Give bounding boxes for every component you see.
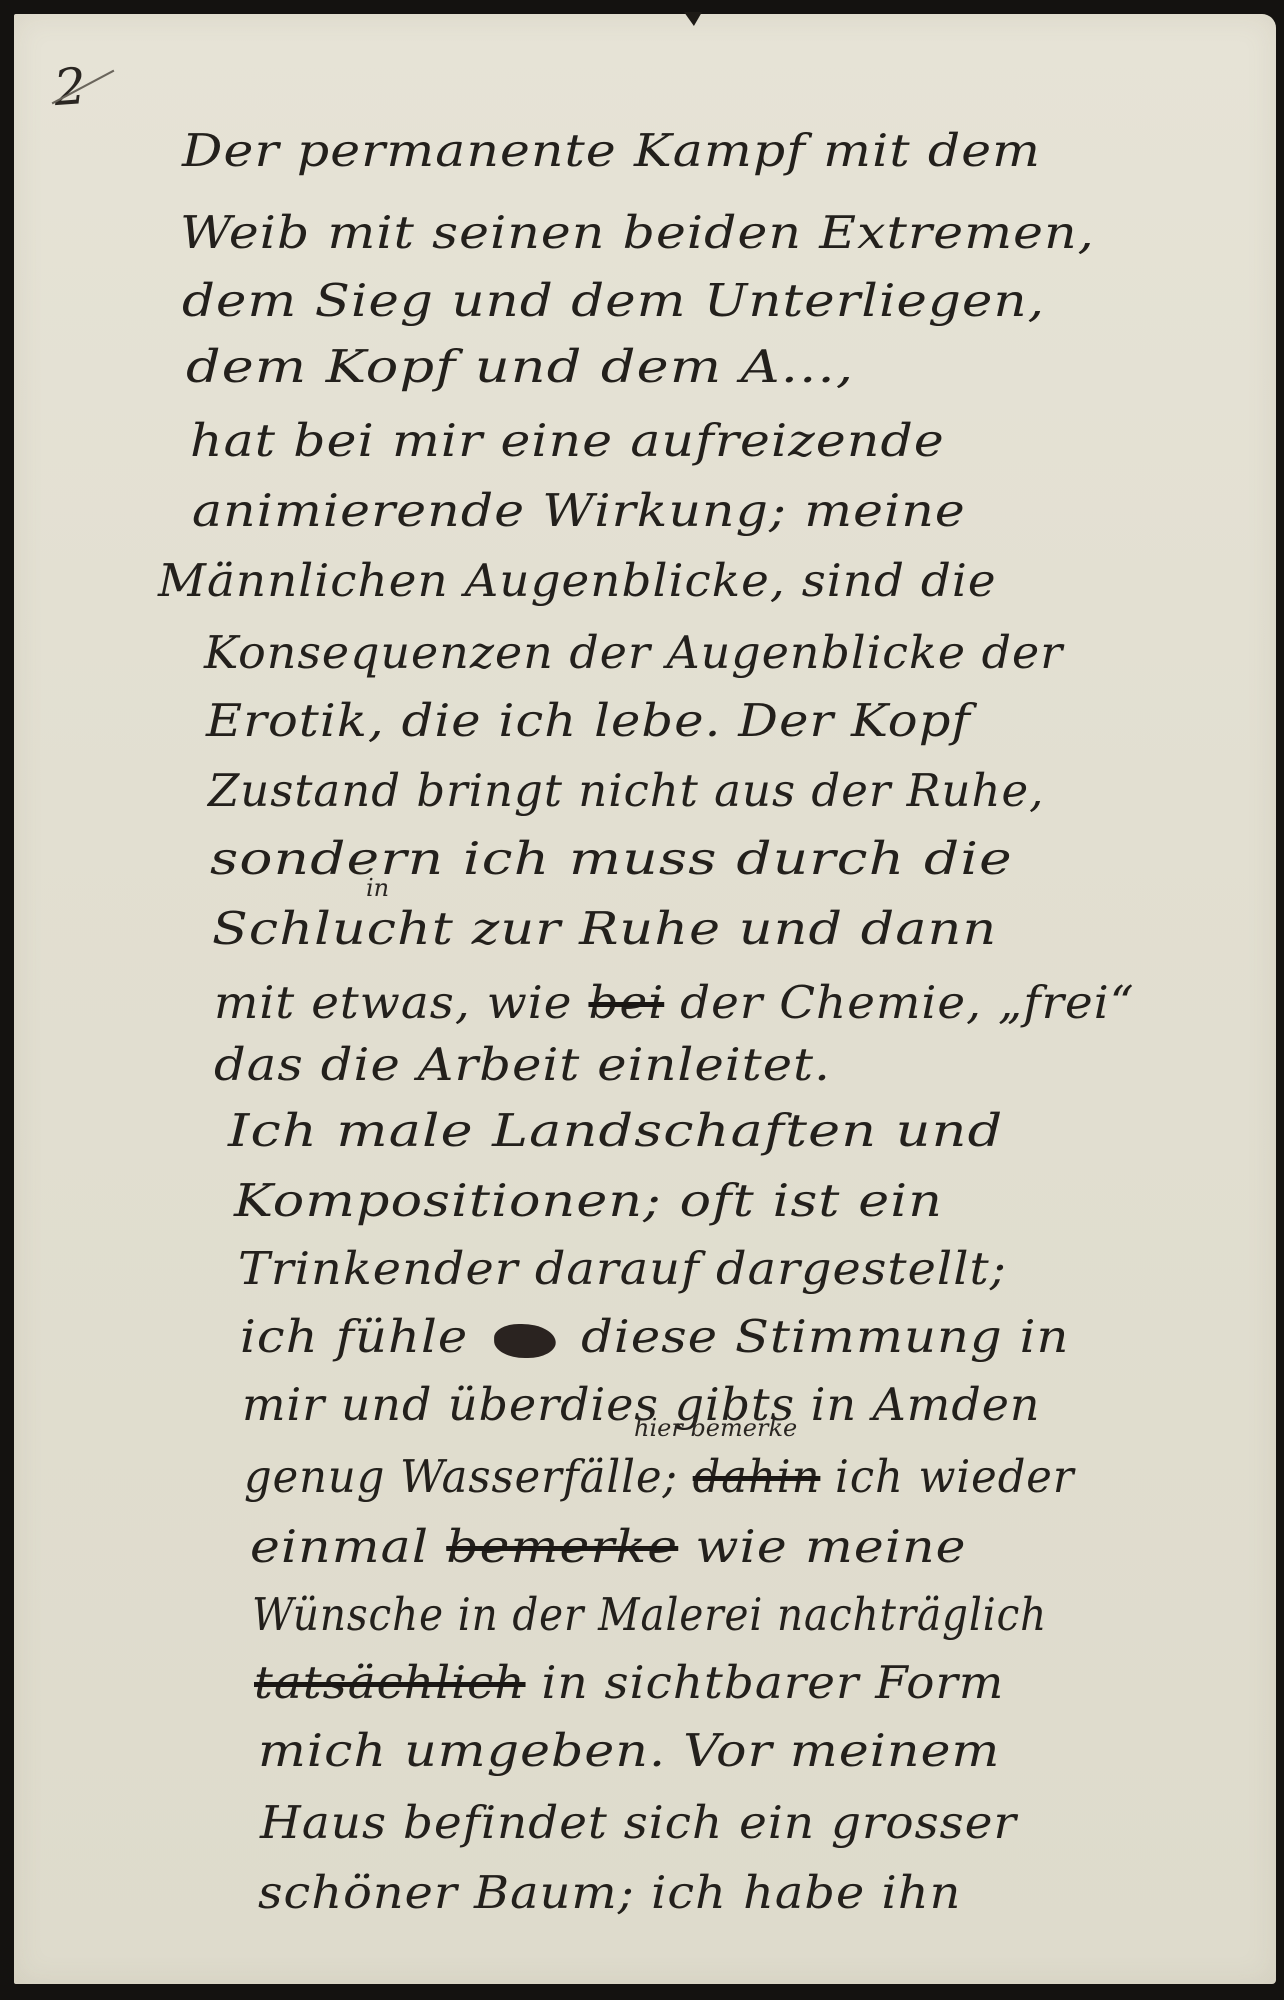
line-segment: mit etwas, wie [214,976,588,1029]
manuscript-line: Zustand bringt nicht aus der Ruhe, [208,764,1044,817]
manuscript-line: dem Kopf und dem A..., [186,340,854,393]
manuscript-line: mich umgeben. Vor meinem [258,1724,1000,1777]
manuscript-line: Weib mit seinen beiden Extremen, [180,206,1095,259]
manuscript-line-with-correction: einmal bemerke wie meine [250,1520,967,1573]
line-segment: ich fühle [240,1310,485,1363]
manuscript-line-with-correction: mit etwas, wie bei der Chemie, „frei“ [214,976,1135,1029]
manuscript-line-with-correction: genug Wasserfälle; dahin ich wieder [244,1450,1074,1503]
ink-blot-deletion [494,1324,556,1358]
manuscript-line: Haus befindet sich ein grosser [260,1796,1017,1849]
line-segment: der Chemie, „frei“ [664,976,1135,1029]
manuscript-line: Schlucht zur Ruhe und dann [212,902,997,955]
line-segment: in sichtbarer Form [526,1656,1005,1709]
manuscript-page: 2 Der permanente Kampf mit dem Weib mit … [14,14,1276,1984]
manuscript-line-with-correction: tatsächlich in sichtbarer Form [254,1656,1004,1709]
manuscript-line: Konsequenzen der Augenblicke der [204,626,1063,679]
struck-word: tatsächlich [254,1656,526,1709]
struck-word: bei [588,976,664,1029]
manuscript-line: das die Arbeit einleitet. [214,1038,831,1091]
manuscript-line: Der permanente Kampf mit dem [182,124,1041,177]
manuscript-line: dem Sieg und dem Unterliegen, [182,274,1045,327]
manuscript-line: animierende Wirkung; meine [192,484,966,537]
line-segment: genug Wasserfälle; [244,1450,693,1503]
manuscript-line: hat bei mir eine aufreizende [190,414,945,467]
interlinear-insertion: hier bemerke [634,1414,797,1442]
interlinear-insertion: in [366,874,389,902]
manuscript-line: sondern ich muss durch die [210,832,1013,885]
manuscript-line: Kompositionen; oft ist ein [234,1174,943,1227]
manuscript-line: Trinkender darauf dargestellt; [238,1242,1007,1295]
manuscript-line: Wünsche in der Malerei nachträglich [252,1588,1047,1641]
line-segment: diese Stimmung in [564,1310,1069,1363]
struck-word: dahin [693,1450,821,1503]
manuscript-line: Ich male Landschaften und [228,1104,1003,1157]
manuscript-line: schöner Baum; ich habe ihn [258,1866,961,1919]
line-segment: ich wieder [820,1450,1074,1503]
struck-word: bemerke [446,1520,678,1573]
line-segment: wie meine [678,1520,966,1573]
manuscript-line-with-blot: ich fühle diese Stimmung in [240,1310,1070,1363]
manuscript-line: Männlichen Augenblicke, sind die [158,554,997,607]
manuscript-line: Erotik, die ich lebe. Der Kopf [206,694,971,747]
line-segment: einmal [250,1520,446,1573]
